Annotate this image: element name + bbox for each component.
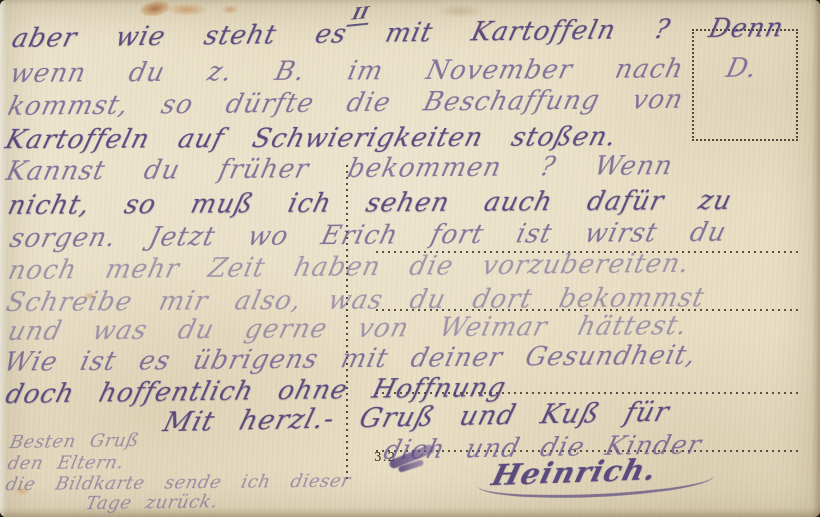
stain-rust-3 [222, 5, 238, 14]
handwriting-line-7: sorgen. Jetzt wo Erich fort ist wirst du [7, 218, 730, 254]
stamp-box [692, 29, 798, 141]
handwriting-line-6: nicht, so muß ich sehen auch dafür zu [5, 186, 735, 221]
handwriting-line-4: Kartoffeln auf Schwierigkeiten stoßen. [2, 122, 620, 155]
postcard-back: 3.2 II aber wie steht es mit Kartoffeln … [0, 0, 820, 517]
handwriting-line-2: wenn du z. B. im November nach D. [7, 54, 760, 89]
handwriting-line-3: kommst, so dürfte die Beschaffung von [5, 85, 687, 122]
stain-rust-2 [166, 3, 208, 16]
stain-faint-top-right [436, 4, 484, 18]
handwriting-line-8: noch mehr Zeit haben die vorzubereiten. [5, 249, 692, 286]
handwriting-line-5: Kannst du früher bekommen ? Wenn [3, 151, 676, 187]
paper-edge-shadow-right [811, 0, 820, 517]
postscript-line-2: den Eltern. [6, 452, 126, 474]
postscript-line-4: Tage zurück. [84, 491, 220, 514]
photo-of-postcard: 3.2 II aber wie steht es mit Kartoffeln … [0, 0, 820, 517]
postscript-line-1: Besten Gruß [8, 430, 141, 453]
paper-edge-highlight [0, 0, 7, 517]
handwriting-line-11: Wie ist es übrigens mit deiner Gesundhei… [1, 341, 700, 378]
handwriting-line-1: aber wie steht es mit Kartoffeln ? Denn [9, 13, 787, 54]
